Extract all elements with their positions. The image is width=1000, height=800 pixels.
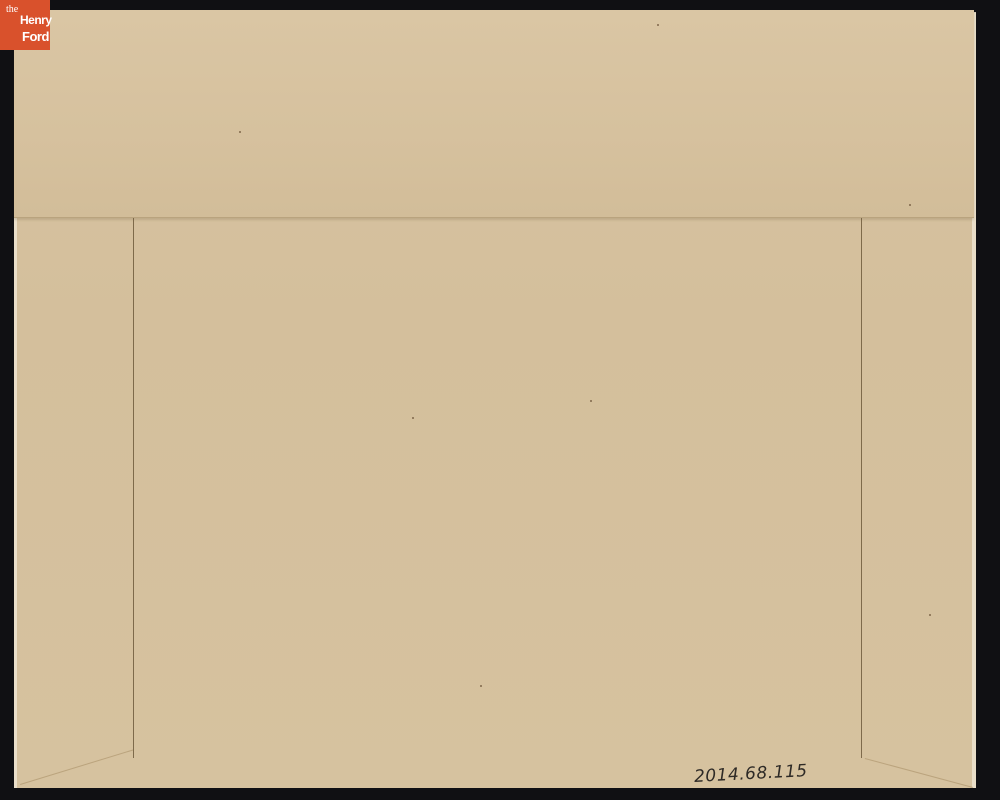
envelope-top-flap [14, 10, 974, 218]
paper-speck [929, 614, 931, 616]
paper-speck [657, 24, 659, 26]
scan-stage: the Henry Ford 2014.68.115 [0, 0, 1000, 800]
right-fold-line [861, 218, 862, 758]
paper-speck [412, 417, 414, 419]
henry-ford-logo: the Henry Ford [0, 0, 50, 50]
logo-ford: Ford [22, 30, 49, 43]
logo-henry: Henry [20, 14, 52, 26]
paper-speck [590, 400, 592, 402]
paper-speck [239, 131, 241, 133]
paper-speck [480, 685, 482, 687]
logo-the: the [6, 5, 18, 15]
paper-speck [909, 204, 911, 206]
left-fold-line [133, 218, 134, 758]
